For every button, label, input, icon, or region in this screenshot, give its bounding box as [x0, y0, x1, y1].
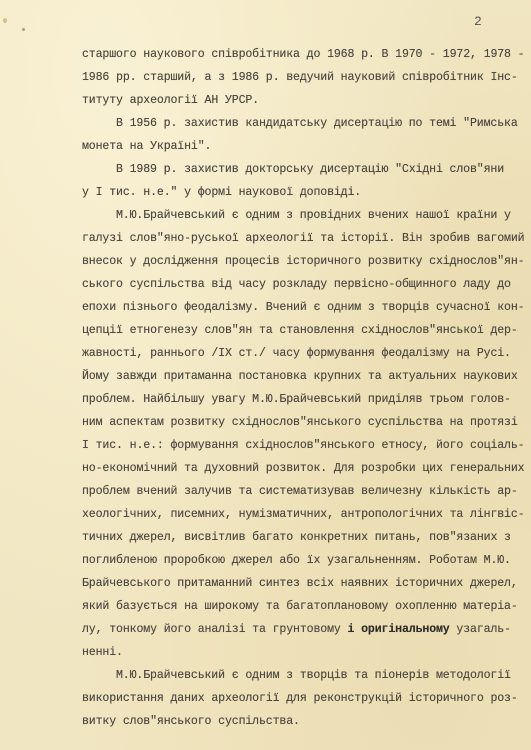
text-line: Йому завжди притаманна постановка крупни… — [82, 365, 522, 388]
text-line: ського суспільства від часу розкладу пер… — [82, 273, 522, 296]
text-line: 1986 рр. старший, а з 1986 р. ведучий на… — [82, 66, 522, 89]
text-line: старшого наукового співробітника до 1968… — [82, 43, 522, 66]
text-line: лу, тонкому його аналізі та грунтовому і… — [82, 618, 522, 641]
text-line: І тис. н.е.: формування східнослов"янськ… — [82, 434, 522, 457]
text-line: цепції етногенезу слов"ян та становлення… — [82, 319, 522, 342]
text-line: внесок у дослідження процесів історичног… — [82, 250, 522, 273]
text-line: який базується на широкому та багатоплан… — [82, 595, 522, 618]
text-line: монета на Україні". — [82, 135, 522, 158]
text-line: ним аспектам розвитку східнослов"янськог… — [82, 411, 522, 434]
text-line: галузі слов"яно-руської археології та іс… — [82, 227, 522, 250]
text-line: у І тис. н.е." у формі наукової доповіді… — [82, 181, 522, 204]
text-line: епохи пізнього феодалізму. Вчений є одни… — [82, 296, 522, 319]
text-line: М.Ю.Брайчевський є одним з провідних вче… — [82, 204, 522, 227]
text-line: В 1989 р. захистив докторську дисертацію… — [82, 158, 522, 181]
text-line: хеологічних, писемних, нумізматичних, ан… — [82, 503, 522, 526]
text-line: ненні. — [82, 641, 522, 664]
text-line: но-економічний та духовний розвиток. Для… — [82, 457, 522, 480]
text-line: тичних джерел, висвітлив багато конкретн… — [82, 526, 522, 549]
paper-stain — [3, 18, 7, 23]
text-line: поглибленою проробкою джерел або їх узаг… — [82, 549, 522, 572]
document-page: 2 старшого наукового співробітника до 19… — [0, 0, 531, 750]
text-line: жавності, раннього /ІХ ст./ часу формува… — [82, 342, 522, 365]
text-line: проблем. Найбільшу увагу М.Ю.Брайчевськи… — [82, 388, 522, 411]
text-line: В 1956 р. захистив кандидатську дисертац… — [82, 112, 522, 135]
page-number: 2 — [474, 14, 482, 29]
text-line: Брайчевського притаманний синтез всіх на… — [82, 572, 522, 595]
text-line: використання даних археології для реконс… — [82, 687, 522, 710]
text-line: витку слов"янського суспільства. — [82, 710, 522, 733]
typewritten-body: старшого наукового співробітника до 1968… — [82, 43, 522, 733]
paper-speck — [22, 28, 25, 31]
emphasized-phrase: і оригінальному — [348, 623, 450, 636]
text-line: титуту археології АН УРСР. — [82, 89, 522, 112]
text-line: проблем вчений залучив та систематизував… — [82, 480, 522, 503]
text-line: М.Ю.Брайчевський є одним з творців та пі… — [82, 664, 522, 687]
